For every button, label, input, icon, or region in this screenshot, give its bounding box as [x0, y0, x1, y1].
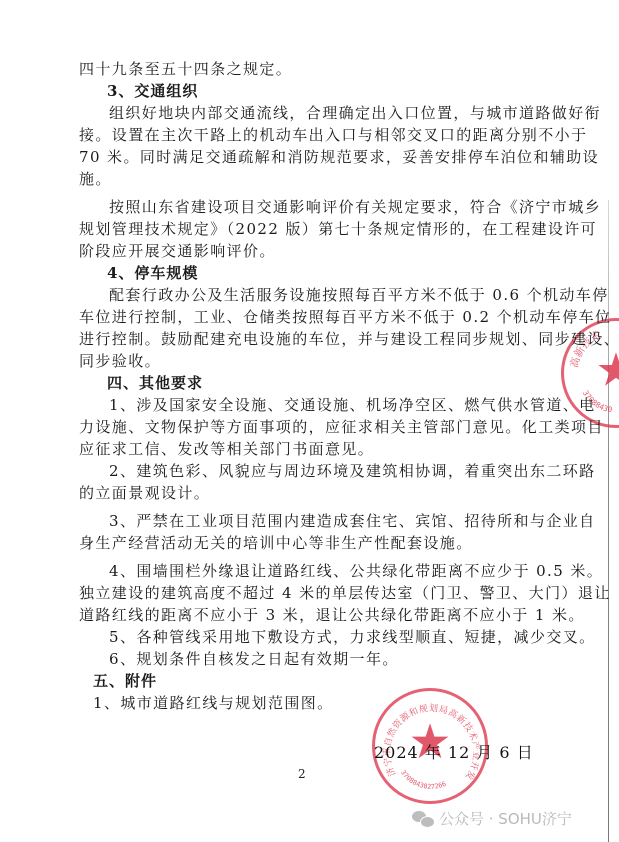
- document-page: 高新技术 37088430 ★ 四十九条至五十四条之规定。3、交通组织组织好地块…: [0, 0, 619, 842]
- body-line: 身生产经营活动无关的培训中心等非生产性配套设施。: [79, 532, 549, 554]
- body-line: 四十九条至五十四条之规定。: [79, 58, 549, 80]
- body-line: 6、规划条件自核发之日起有效期一年。: [79, 648, 549, 670]
- svg-text:3708843027266: 3708843027266: [399, 769, 447, 791]
- watermark: 公众号 · SOHU济宁: [412, 808, 572, 829]
- page-number: 2: [298, 767, 306, 781]
- body-line: 配套行政办公及生活服务设施按照每百平方米不低于 0.6 个机动车停: [79, 284, 549, 306]
- body-line: 施。: [79, 168, 549, 190]
- body-line: 力设施、文物保护等方面事项的，应征求相关主管部门意见。化工类项目: [79, 416, 549, 438]
- body-line: 应征求工信、发改等相关部门书面意见。: [79, 438, 549, 460]
- body-line: 接。设置在主次干路上的机动车出入口与相邻交叉口的距离分别不小于: [79, 124, 549, 146]
- body-line: 阶段应开展交通影响评价。: [79, 240, 549, 262]
- body-line: 按照山东省建设项目交通影响评价有关规定要求，符合《济宁市城乡: [79, 196, 549, 218]
- body-line: 4、围墙围栏外缘退让道路红线、公共绿化带距离不应少于 0.5 米。: [79, 560, 549, 582]
- wechat-icon: [412, 811, 434, 827]
- body-line: 2、建筑色彩、风貌应与周边环境及建筑相协调，着重突出东二环路: [79, 460, 549, 482]
- body-line: 规划管理技术规定》（2022 版）第七十条规定情形的，在工程建设许可: [79, 218, 549, 240]
- section-heading: 四、其他要求: [79, 372, 549, 394]
- body-line: 同步验收。: [79, 350, 549, 372]
- section-heading: 3、交通组织: [79, 80, 549, 102]
- body-line: 1、涉及国家安全设施、交通设施、机场净空区、燃气供水管道、电: [79, 394, 549, 416]
- section-heading: 五、附件: [79, 670, 549, 692]
- body-line: 3、严禁在工业项目范围内建造成套住宅、宾馆、招待所和与企业自: [79, 510, 549, 532]
- body-line: 的立面景观设计。: [79, 482, 549, 504]
- body-line: 进行控制。鼓励配建充电设施的车位，并与建设工程同步规划、同步建设、: [79, 328, 549, 350]
- document-body: 四十九条至五十四条之规定。3、交通组织组织好地块内部交通流线，合理确定出入口位置…: [79, 58, 549, 714]
- body-line: 独立建设的建筑高度不超过 4 米的单层传达室（门卫、警卫、大门）退让: [79, 582, 549, 604]
- issue-date: 2024 年 12 月 6 日: [374, 740, 534, 763]
- body-line: 组织好地块内部交通流线，合理确定出入口位置，与城市道路做好衔: [79, 102, 549, 124]
- section-heading: 4、停车规模: [79, 262, 549, 284]
- watermark-text: 公众号 · SOHU济宁: [439, 808, 572, 829]
- body-line: 道路红线的距离不应小于 3 米，退让公共绿化带距离不应小于 1 米。: [79, 604, 549, 626]
- body-line: 70 米。同时满足交通疏解和消防规范要求，妥善安排停车泊位和辅助设: [79, 146, 549, 168]
- seal-star-icon: ★: [595, 346, 619, 392]
- body-line: 车位进行控制，工业、仓储类按照每百平方米不低于 0.2 个机动车停车位: [79, 306, 549, 328]
- body-line: 5、各种管线采用地下敷设方式，力求线型顺直、短捷，减少交叉。: [79, 626, 549, 648]
